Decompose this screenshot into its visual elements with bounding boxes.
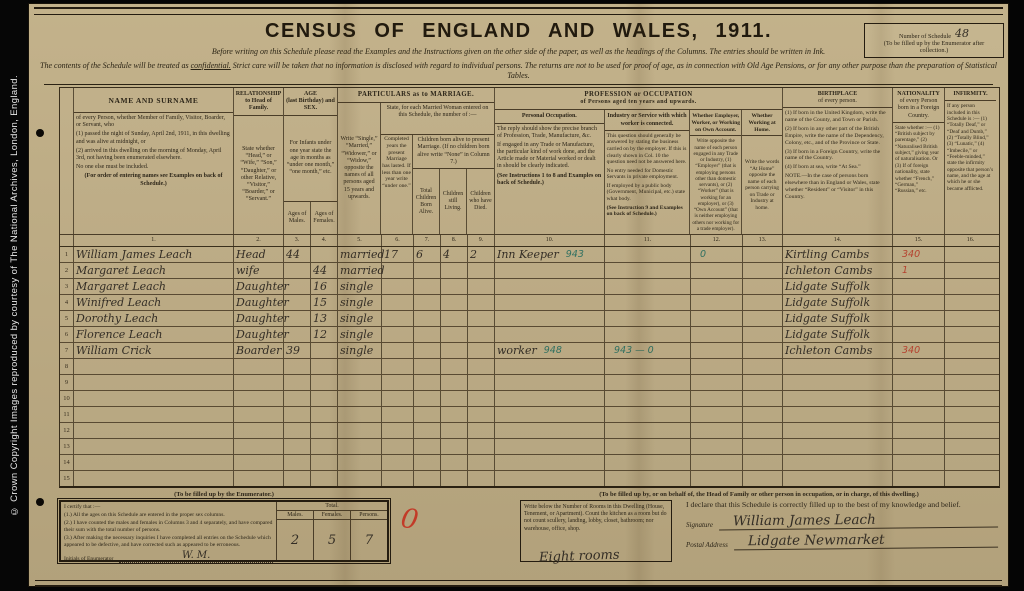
cell-born [414,439,441,454]
handwritten-entry: Lidgate Suffolk [785,328,870,341]
cell-age_m [284,471,311,486]
cell-occ [495,295,605,310]
cell-nat [893,295,945,310]
females-total: 5 [314,520,351,560]
column-number: 11. [605,235,691,246]
cell-ind [605,391,691,406]
householder-section: (To be filled up by, or on behalf of, th… [520,491,998,576]
cell-born [414,263,441,278]
enumerator-code-teal: 948 [544,345,562,356]
table-row: 8 [60,359,999,375]
cell-birth [783,391,893,406]
cell-living [441,439,468,454]
table-row: 1William James LeachHead44married17642In… [60,247,999,263]
cell-occ [495,359,605,374]
row-number: 2 [60,263,74,278]
cell-home [743,343,783,358]
cell-born [414,279,441,294]
schedule-number-value: 48 [955,27,969,40]
cell-birth: Lidgate Suffolk [783,327,893,342]
children-born-header: Total Children Born Alive. [413,169,440,234]
cell-name: Margaret Leach [74,263,234,278]
table-row: 2Margaret Leachwife44marriedIchleton Cam… [60,263,999,279]
column-header-relationship: RELATIONSHIPto Head of Family. State whe… [234,88,284,234]
schedule-number-note: (To be filled up by the Enumerator after… [869,40,999,54]
cell-home [743,407,783,422]
cell-born [414,407,441,422]
table-row: 4Winifred LeachDaughter15singleLidgate S… [60,295,999,311]
employer-note: Write opposite the name of each person e… [690,136,741,234]
row-number: 13 [60,439,74,454]
cell-occ [495,327,605,342]
employer-title: Whether Employer, Worker, or Working on … [690,110,741,136]
row-number: 4 [60,295,74,310]
cell-inf [945,343,996,358]
handwritten-entry: Daughter [236,280,289,293]
copyright-text: © Crown Copyright Images reproduced by c… [9,75,20,516]
table-row: 13 [60,439,999,455]
instructions-line2: The contents of the Schedule will be tre… [39,61,998,81]
cell-ind [605,423,691,438]
relationship-title: RELATIONSHIP [236,91,282,97]
cell-home [743,455,783,470]
name-col-note: (2) arrived in this dwelling on the morn… [76,148,231,162]
cell-years [382,407,414,422]
bottom-rule [35,580,1002,587]
cell-age_m [284,311,311,326]
cell-marr [338,423,382,438]
cell-marr [338,471,382,486]
cell-birth [783,407,893,422]
marriage-group-title: PARTICULARS as to MARRIAGE. [338,88,494,103]
column-number: 6. [382,235,414,246]
cell-birth [783,359,893,374]
persons-header: Persons. [351,511,387,519]
cell-home [743,279,783,294]
ages-of-males-header: Ages of Males. [284,202,311,234]
cell-died [468,391,495,406]
nationality-subtitle: of every Person born in a Foreign Countr… [894,98,943,120]
handwritten-entry: 4 [443,248,450,261]
row-number: 3 [60,279,74,294]
at-home-note: Write the words “At Home” opposite the n… [744,159,780,211]
cell-age_m [284,295,311,310]
cell-rel: Daughter [234,279,284,294]
enumerator-section: (To be filled up by the Enumerator.) I c… [59,491,389,576]
cell-occ [495,423,605,438]
cell-home [743,247,783,262]
industry-title: Industry or Service with which worker is… [605,110,690,130]
cell-nat: 1 [893,263,945,278]
cell-inf [945,247,996,262]
cell-nat [893,375,945,390]
rooms-box: Write below the Number of Rooms in this … [520,500,672,562]
cell-rel [234,391,284,406]
table-row: 6Florence LeachDaughter12singleLidgate S… [60,327,999,343]
children-living-header: Children still Living. [440,169,467,234]
cell-occ [495,391,605,406]
cell-ind [605,263,691,278]
cell-rel [234,359,284,374]
cell-rel: Boarder [234,343,284,358]
cell-died [468,295,495,310]
cell-emp [691,311,743,326]
totals-table: Total. Males. Females. Persons. 2 5 7 [276,502,387,560]
householder-heading: (To be filled up by, or on behalf of, th… [520,491,998,498]
cell-inf [945,423,996,438]
column-number: 4. [311,235,338,246]
cell-ind [605,359,691,374]
cell-marr: single [338,295,382,310]
table-row: 9 [60,375,999,391]
cell-living [441,471,468,486]
census-schedule-document: CENSUS OF ENGLAND AND WALES, 1911. Numbe… [28,3,1009,587]
cell-living [441,407,468,422]
name-column-title: NAME AND SURNAME [74,88,233,113]
handwritten-entry: wife [236,264,260,277]
row-number: 14 [60,455,74,470]
cell-birth: Lidgate Suffolk [783,295,893,310]
cell-inf [945,391,996,406]
cell-name: Winifred Leach [74,295,234,310]
handwritten-entry: Daughter [236,328,289,341]
cell-birth: Ichleton Cambs [783,343,893,358]
enumerator-box: I certify that :— (1.) All the ages on t… [59,500,389,562]
cell-birth: Lidgate Suffolk [783,311,893,326]
handwritten-entry: single [340,280,373,293]
table-row: 10 [60,391,999,407]
row-number: 8 [60,359,74,374]
cell-name: Margaret Leach [74,279,234,294]
punch-hole [36,129,44,137]
cell-occ [495,263,605,278]
cell-rel [234,407,284,422]
row-number: 6 [60,327,74,342]
cell-nat [893,279,945,294]
marital-status-note: Write “Single,” “Married,” “Widower,” or… [340,136,378,201]
handwritten-entry: Head [236,248,266,261]
handwritten-entry: Ichleton Cambs [785,264,872,277]
handwritten-entry: Daughter [236,312,289,325]
cell-inf [945,375,996,390]
cell-occ [495,279,605,294]
cell-inf [945,439,996,454]
cell-ind [605,407,691,422]
handwritten-entry: Inn Keeper [497,248,559,261]
name-col-note: of every Person, whether Member of Famil… [76,115,231,129]
occupation-group-subtitle: of Persons aged ten years and upwards. [495,99,782,106]
handwritten-entry: single [340,328,373,341]
cell-age_m [284,327,311,342]
instructions-line2-rest: Strict care will be taken that no inform… [231,61,997,80]
cell-rel [234,471,284,486]
age-note: For Infants under one year state the age… [286,140,335,176]
handwritten-entry: 44 [313,264,327,277]
cell-birth: Lidgate Suffolk [783,279,893,294]
cell-living: 4 [441,247,468,262]
column-number: 15. [893,235,945,246]
cell-rel: Daughter [234,327,284,342]
cell-age_f [311,407,338,422]
handwritten-entry: 17 [384,248,398,261]
cell-age_f: 44 [311,263,338,278]
cell-died [468,471,495,486]
cell-inf [945,295,996,310]
cell-years [382,391,414,406]
occupation-note: If engaged in any Trade or Manufacture, … [497,142,602,171]
at-home-title: Whether Working at Home. [742,110,782,136]
certify-item: (2.) I have counted the males and female… [64,520,273,534]
cell-home [743,391,783,406]
corner-cell [60,235,74,246]
handwritten-entry: Kirtling Cambs [785,248,869,261]
cell-home [743,423,783,438]
row-number: 7 [60,343,74,358]
column-header-name: NAME AND SURNAME of every Person, whethe… [74,88,234,234]
cell-marr: single [338,327,382,342]
cell-died [468,327,495,342]
cell-age_f [311,359,338,374]
relationship-subtitle: to Head of Family. [235,98,282,112]
cell-ind [605,247,691,262]
cell-age_f: 15 [311,295,338,310]
table-row: 5Dorothy LeachDaughter13singleLidgate Su… [60,311,999,327]
industry-note: (See Instruction 9 and Examples on back … [607,205,688,218]
name-col-note: No one else must be included. [76,164,231,171]
cell-nat: 340 [893,247,945,262]
cell-marr [338,407,382,422]
table-body: 1William James LeachHead44married17642In… [60,247,999,486]
cell-emp [691,359,743,374]
cell-years [382,471,414,486]
postal-address-label: Postal Address [686,541,728,549]
cell-inf [945,407,996,422]
row-number: 11 [60,407,74,422]
cell-years [382,263,414,278]
cell-emp [691,391,743,406]
cell-ind [605,295,691,310]
persons-total: 7 [351,520,387,560]
industry-note: No entry needed for Domestic Servants in… [607,168,688,181]
cell-inf [945,263,996,278]
cell-living [441,423,468,438]
handwritten-entry: Dorothy Leach [76,312,158,325]
cell-home [743,295,783,310]
cell-died [468,343,495,358]
totals-header: Total. [277,502,387,511]
cell-age_f: 16 [311,279,338,294]
nationality-title: NATIONALITY [897,91,940,97]
enumerator-code-red: 1 [902,265,908,276]
cell-marr: single [338,343,382,358]
birthplace-note: NOTE.—In the case of persons born elsewh… [785,173,890,200]
cell-age_m [284,359,311,374]
cell-birth [783,423,893,438]
cell-born [414,375,441,390]
cell-died [468,279,495,294]
cell-birth [783,375,893,390]
row-number: 12 [60,423,74,438]
name-col-note: (For order of entering names see Example… [76,173,231,187]
cell-occ [495,455,605,470]
handwritten-entry: Ichleton Cambs [785,344,872,357]
cell-marr: married [338,263,382,278]
occupation-group-title: PROFESSION or OCCUPATION [584,91,692,98]
age-subtitle: (last Birthday) and SEX. [285,98,336,112]
cell-living [441,343,468,358]
cell-years [382,295,414,310]
cell-occ [495,311,605,326]
cell-marr [338,391,382,406]
screenshot-stage: © Crown Copyright Images reproduced by c… [0,0,1024,591]
form-title: CENSUS OF ENGLAND AND WALES, 1911. [39,20,998,43]
birthplace-note: (1) If born in the United Kingdom, write… [785,110,890,124]
cell-emp: 0 [691,247,743,262]
cell-rel: Head [234,247,284,262]
cell-living [441,263,468,278]
cell-marr: married [338,247,382,262]
cell-rel [234,439,284,454]
table-row: 3Margaret LeachDaughter16singleLidgate S… [60,279,999,295]
column-group-marriage: PARTICULARS as to MARRIAGE. Write “Singl… [338,88,495,234]
handwritten-entry: 2 [470,248,477,261]
column-number: 2. [234,235,284,246]
cell-inf [945,279,996,294]
cell-occ [495,439,605,454]
cell-name: Dorothy Leach [74,311,234,326]
cell-emp [691,407,743,422]
cell-nat [893,391,945,406]
cell-age_f [311,471,338,486]
cell-birth [783,471,893,486]
cell-age_m [284,391,311,406]
archive-margin: © Crown Copyright Images reproduced by c… [0,0,28,591]
cell-emp [691,279,743,294]
enumerator-heading: (To be filled up by the Enumerator.) [59,491,389,498]
cell-emp [691,471,743,486]
row-number: 10 [60,391,74,406]
declaration-area: I declare that this Schedule is correctl… [682,500,998,562]
cell-years [382,455,414,470]
cell-living [441,311,468,326]
cell-name: William Crick [74,343,234,358]
cell-age_f [311,439,338,454]
enumerator-code-teal: 943 [566,249,584,260]
cell-born [414,471,441,486]
instructions-line2-confidential: confidential. [191,61,231,70]
birthplace-subtitle: of every person. [784,98,891,105]
birthplace-note: (2) If born in any other part of the Bri… [785,126,890,147]
cell-nat [893,327,945,342]
cell-born [414,423,441,438]
enumerator-code-red: 340 [902,249,920,260]
cell-name [74,391,234,406]
enumerator-code-teal: 943 — 0 [614,345,654,356]
cell-died [468,439,495,454]
cell-occ [495,471,605,486]
cell-ind [605,375,691,390]
cell-occ: worker948 [495,343,605,358]
cell-emp [691,327,743,342]
table-header-row: NAME AND SURNAME of every Person, whethe… [60,88,999,235]
cell-age_m [284,407,311,422]
cell-inf [945,311,996,326]
table-row: 14 [60,455,999,471]
column-number: 12. [691,235,743,246]
column-number: 3. [284,235,311,246]
cell-age_m [284,439,311,454]
cell-died [468,423,495,438]
cell-rel: wife [234,263,284,278]
red-annotation-zero: 0 [398,503,420,537]
occupation-note: The reply should show the precise branch… [497,126,602,140]
cell-emp [691,439,743,454]
cell-living [441,455,468,470]
row-number-column-header [60,88,74,234]
initials-value: W. M. [119,550,273,564]
rooms-value: Eight rooms [539,547,620,566]
cell-home [743,359,783,374]
cell-living [441,375,468,390]
cell-birth: Kirtling Cambs [783,247,893,262]
handwritten-entry: Boarder [236,344,281,357]
cell-birth: Ichleton Cambs [783,263,893,278]
cell-age_f [311,247,338,262]
cell-inf [945,455,996,470]
males-header: Males. [277,511,314,519]
schedule-number-box: Number of Schedule 48 (To be filled up b… [864,23,1004,58]
cell-age_m [284,279,311,294]
cell-marr [338,375,382,390]
cell-nat [893,311,945,326]
cell-born [414,391,441,406]
cell-inf [945,327,996,342]
cell-ind [605,439,691,454]
cell-born: 6 [414,247,441,262]
cell-age_f: 12 [311,327,338,342]
females-header: Females. [314,511,351,519]
column-header-infirmity: INFIRMITY. If any person included in thi… [945,88,996,234]
cell-years [382,311,414,326]
cell-birth [783,455,893,470]
top-rule [34,7,1003,15]
handwritten-entry: William Crick [76,344,152,357]
cell-age_f: 13 [311,311,338,326]
cell-age_m [284,263,311,278]
rooms-note: Write below the Number of Rooms in this … [524,504,667,532]
cell-died [468,455,495,470]
marriage-years-header: Completed years the present Marriage has… [381,135,412,234]
children-born-note: Children born alive to present Marriage.… [413,135,494,169]
handwritten-entry: Margaret Leach [76,280,166,293]
cell-home [743,471,783,486]
cell-inf [945,471,996,486]
certify-intro: I certify that :— [64,504,273,511]
handwritten-entry: 16 [313,280,327,293]
initials-label: Initials of Enumerator [64,556,113,563]
cell-emp [691,295,743,310]
postal-address-value: Lidgate Newmarket [734,531,998,551]
handwritten-entry: single [340,344,373,357]
handwritten-entry: 6 [416,248,423,261]
birthplace-title: BIRTHPLACE [818,91,857,97]
cell-born [414,311,441,326]
column-number: 16. [945,235,996,246]
cell-name [74,471,234,486]
infirmity-note: If any person included in this Schedule … [945,101,996,234]
cell-occ [495,407,605,422]
cell-died [468,407,495,422]
